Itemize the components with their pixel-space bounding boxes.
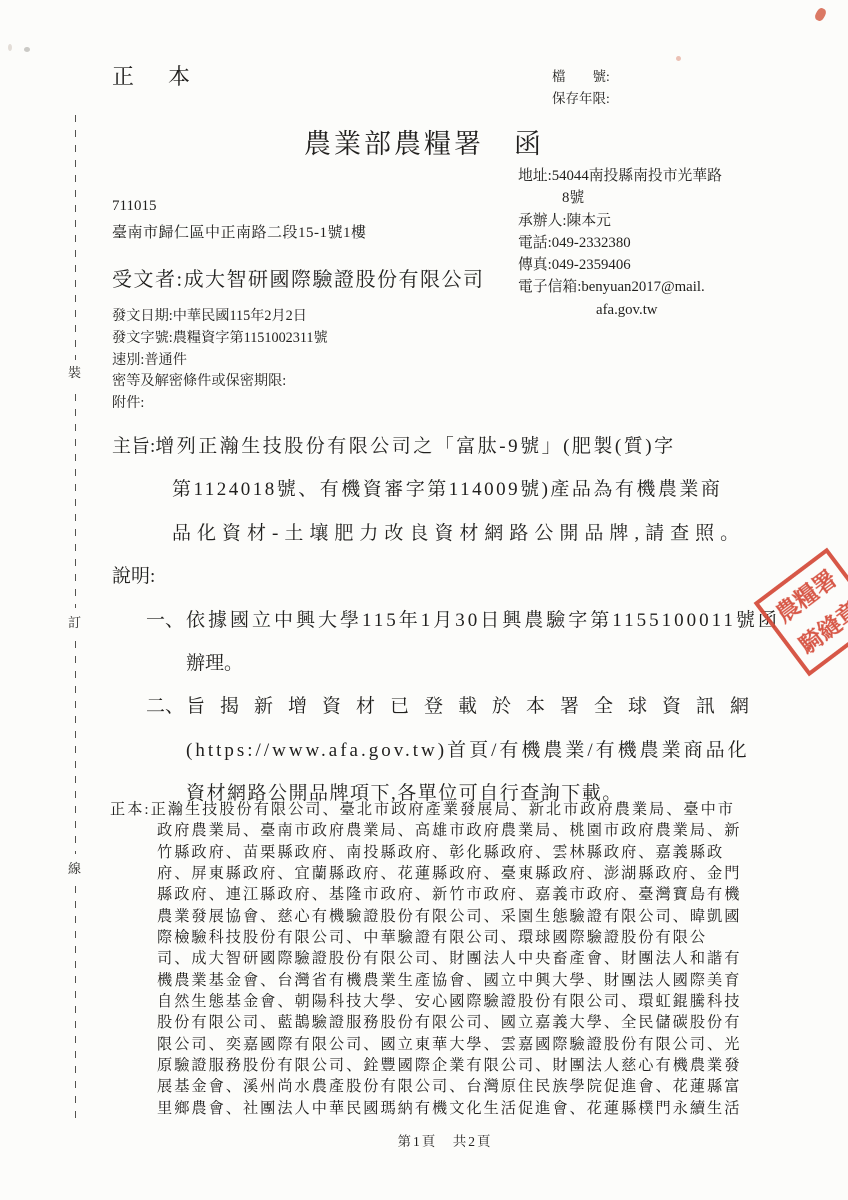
distribution-line: 正本:正瀚生技股份有限公司、臺北市政府產業發展局、新北市政府農業局、臺中市 — [110, 799, 782, 820]
explanation-item-1-line-2: 辦理。 — [112, 642, 792, 685]
contact-name: 陳本元 — [567, 213, 611, 229]
subject-line-3: 品化資材-土壤肥力改良資材網路公開品牌,請查照。 — [112, 512, 792, 555]
subject-text: 增列正瀚生技股份有限公司之「富肽-9號」(肥製(質)字 — [155, 436, 675, 457]
distribution-line: 機農業基金會、台灣省有機農業生產協會、國立中興大學、財團法人國際美育 — [110, 970, 782, 991]
distribution-line: 股份有限公司、藍鵲驗證服務股份有限公司、國立嘉義大學、全民儲碳股份有 — [110, 1012, 782, 1033]
distribution-line: 里鄉農會、社團法人中華民國瑪納有機文化生活促進會、花蓮縣樸門永續生活 — [110, 1098, 782, 1119]
distribution-label: 正本: — [110, 801, 151, 818]
meta-label: 速別: — [112, 352, 144, 368]
phone-value: 049-2332380 — [552, 235, 631, 251]
copy-type-label: 正 本 — [112, 60, 196, 91]
scan-artifact — [8, 44, 12, 51]
explanation-item-2-line-2: (https://www.afa.gov.tw)首頁/有機農業/有機農業商品化 — [112, 729, 792, 772]
recipient-zip: 711015 — [112, 198, 156, 215]
meta-label: 發文日期: — [112, 308, 173, 324]
agency-contact-block: 地址:54044南投縣南投市光華路 8號 承辦人:陳本元 電話:049-2332… — [518, 165, 722, 321]
fold-dash-line — [75, 641, 76, 854]
recipient-line: 受文者:成大智研國際驗證股份有限公司 — [112, 263, 485, 292]
item-number: 一、 — [146, 599, 186, 642]
explanation-label: 說明: — [112, 555, 792, 598]
file-number-block: 檔 號: 保存年限: — [552, 66, 610, 110]
meta-value: 中華民國115年2月2日 — [173, 308, 307, 324]
meta-value: 普通件 — [144, 352, 187, 368]
recipient-address: 臺南市歸仁區中正南路二段15-1號1樓 — [112, 221, 367, 242]
fold-dash-line — [75, 394, 76, 608]
fax-label: 傳真: — [518, 257, 552, 273]
scan-artifact — [24, 47, 30, 52]
distribution-line: 府、屏東縣政府、宜蘭縣政府、花蓮縣政府、臺東縣政府、澎湖縣政府、金門 — [110, 863, 782, 884]
document-body: 主旨:增列正瀚生技股份有限公司之「富肽-9號」(肥製(質)字 第1124018號… — [112, 425, 792, 816]
agency-phone-line: 電話:049-2332380 — [518, 232, 722, 254]
recipient-name: 成大智研國際驗證股份有限公司 — [184, 269, 485, 291]
meta-row-date: 發文日期:中華民國115年2月2日 — [112, 306, 328, 328]
distribution-line: 自然生態基金會、朝陽科技大學、安心國際驗證股份有限公司、環虹錕騰科技 — [110, 991, 782, 1012]
distribution-line: 農業發展協會、慈心有機驗證股份有限公司、采園生態驗證有限公司、暐凱國 — [110, 906, 782, 927]
meta-value: 農糧資字第1151002311號 — [173, 330, 328, 346]
email-value-line1: benyuan2017@mail. — [581, 279, 704, 295]
address-label: 地址: — [518, 168, 552, 184]
distribution-line: 司、成大智研國際驗證股份有限公司、財團法人中央畜產會、財團法人和諧有 — [110, 948, 782, 969]
item-text: 依據國立中興大學115年1月30日興農驗字第1155100011號函 — [186, 610, 780, 631]
page-footer: 第1頁 共2頁 — [0, 1130, 848, 1150]
address-value: 54044南投縣南投市光華路 — [552, 168, 722, 184]
agency-email-line2: afa.gov.tw — [518, 299, 722, 321]
explanation-item-2-line-1: 二、旨揭新增資材已登載於本署全球資訊網 — [112, 685, 792, 728]
agency-fax-line: 傳真:049-2359406 — [518, 254, 722, 276]
scan-artifact — [813, 7, 827, 23]
meta-label: 密等及解密條件或保密期限: — [112, 373, 286, 389]
scan-artifact — [676, 56, 681, 61]
agency-address-line1: 地址:54044南投縣南投市光華路 — [518, 165, 722, 187]
item-number: 二、 — [146, 685, 186, 728]
official-document-page: 裝 訂 線 正 本 檔 號: 保存年限: 農業部農糧署 函 地址:54044南投… — [0, 0, 848, 1200]
distribution-list: 正本:正瀚生技股份有限公司、臺北市政府產業發展局、新北市政府農業局、臺中市 政府… — [110, 799, 782, 1119]
binding-mark-zhuang: 裝 — [68, 362, 81, 381]
meta-row-docno: 發文字號:農糧資字第1151002311號 — [112, 328, 328, 350]
distribution-text: 正瀚生技股份有限公司、臺北市政府產業發展局、新北市政府農業局、臺中市 — [151, 801, 735, 818]
meta-row-attachment: 附件: — [112, 393, 328, 415]
meta-row-speed: 速別:普通件 — [112, 350, 328, 372]
agency-address-line2: 8號 — [518, 187, 722, 209]
distribution-line: 限公司、奕嘉國際有限公司、國立東華大學、雲嘉國際驗證股份有限公司、光 — [110, 1034, 782, 1055]
meta-block: 發文日期:中華民國115年2月2日 發文字號:農糧資字第1151002311號 … — [112, 306, 328, 415]
file-no-label: 檔 號: — [552, 66, 610, 88]
meta-label: 發文字號: — [112, 330, 173, 346]
meta-row-secrecy: 密等及解密條件或保密期限: — [112, 371, 328, 393]
distribution-line: 縣政府、連江縣政府、基隆市政府、新竹市政府、嘉義市政府、臺灣寶島有機 — [110, 884, 782, 905]
distribution-line: 原驗證服務股份有限公司、銓豐國際企業有限公司、財團法人慈心有機農業發 — [110, 1055, 782, 1076]
explanation-item-1-line-1: 一、依據國立中興大學115年1月30日興農驗字第1155100011號函 — [112, 599, 792, 642]
subject-line-1: 主旨:增列正瀚生技股份有限公司之「富肽-9號」(肥製(質)字 — [112, 425, 792, 468]
subject-label: 主旨: — [112, 436, 155, 457]
fax-value: 049-2359406 — [552, 257, 631, 273]
recipient-label: 受文者: — [112, 269, 184, 291]
email-label: 電子信箱: — [518, 279, 581, 295]
agency-email-line1: 電子信箱:benyuan2017@mail. — [518, 276, 722, 298]
distribution-line: 展基金會、溪州尚水農產股份有限公司、台灣原住民族學院促進會、花蓮縣富 — [110, 1076, 782, 1097]
binding-mark-ding: 訂 — [68, 612, 81, 631]
contact-label: 承辦人: — [518, 213, 567, 229]
meta-label: 附件: — [112, 395, 144, 411]
item-text: 旨揭新增資材已登載於本署全球資訊網 — [186, 696, 764, 717]
phone-label: 電話: — [518, 235, 552, 251]
fold-dash-line — [75, 886, 76, 1126]
retention-label: 保存年限: — [552, 88, 610, 110]
distribution-line: 竹縣政府、苗栗縣政府、南投縣政府、彰化縣政府、雲林縣政府、嘉義縣政 — [110, 842, 782, 863]
binding-mark-xian: 線 — [68, 858, 81, 877]
document-title: 農業部農糧署 函 — [0, 122, 848, 161]
subject-line-2: 第1124018號、有機資審字第114009號)產品為有機農業商 — [112, 468, 792, 511]
distribution-line: 政府農業局、臺南市政府農業局、高雄市政府農業局、桃園市政府農業局、新 — [110, 820, 782, 841]
agency-contact-line: 承辦人:陳本元 — [518, 210, 722, 232]
distribution-line: 際檢驗科技股份有限公司、中華驗證有限公司、環球國際驗證股份有限公 — [110, 927, 782, 948]
